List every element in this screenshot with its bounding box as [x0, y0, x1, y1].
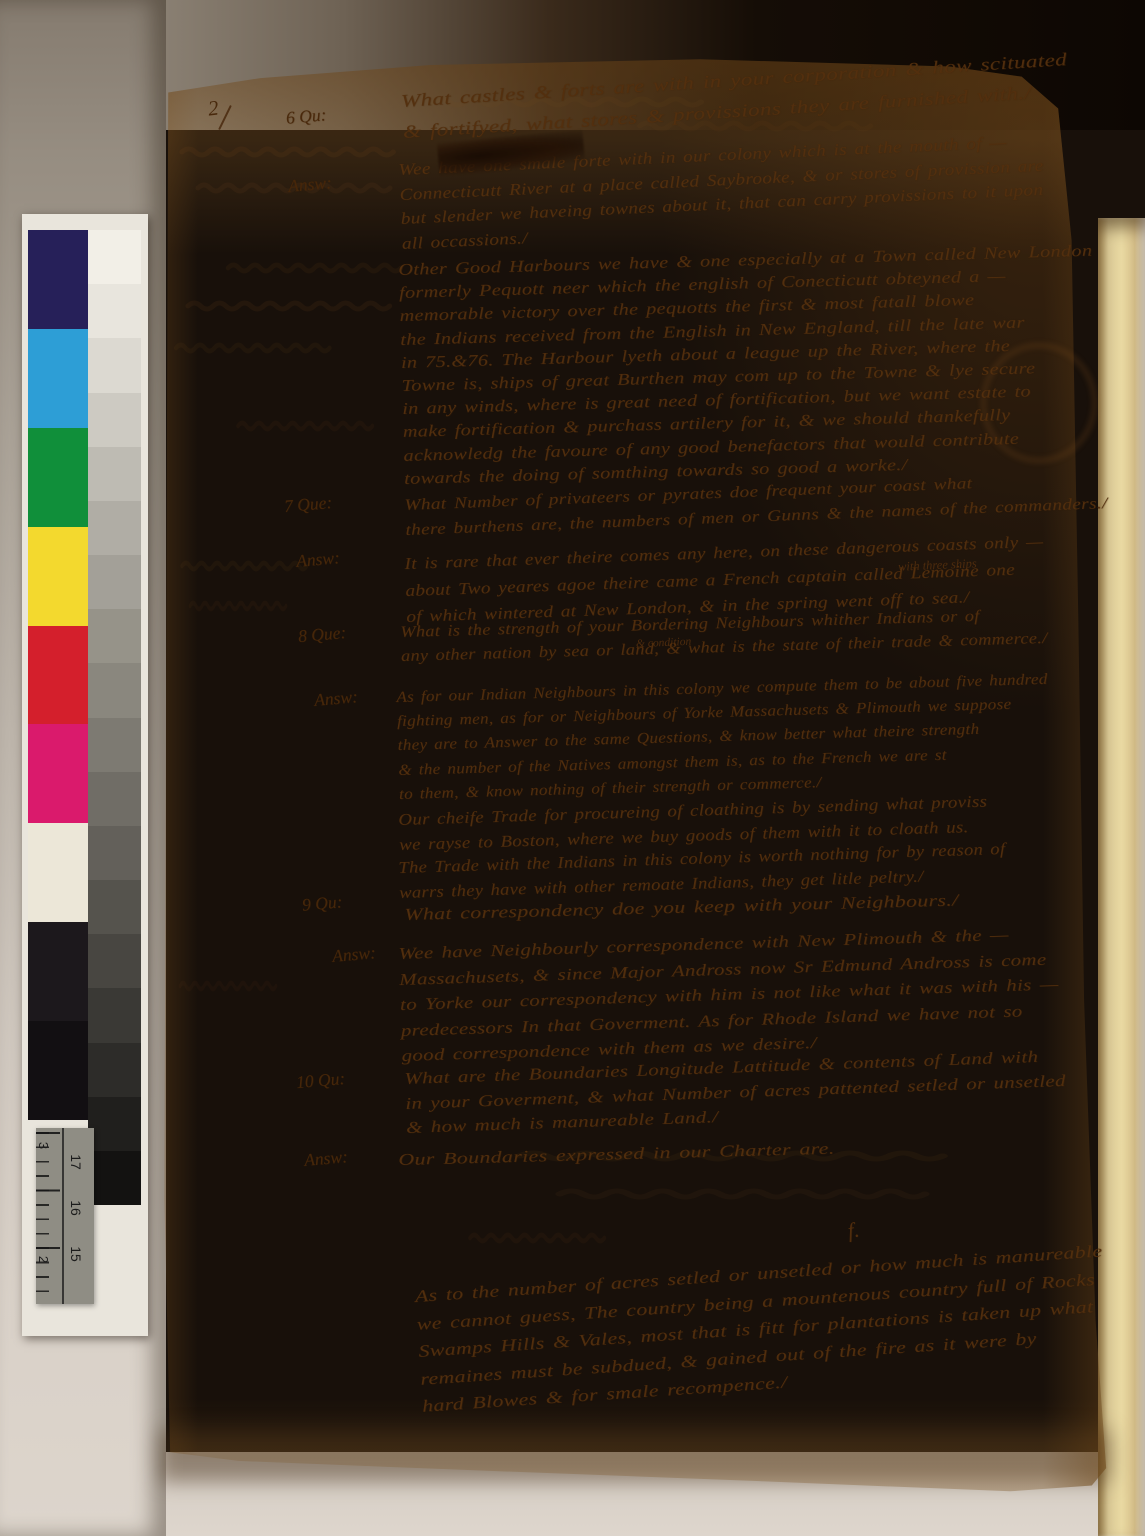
- manuscript-line: f.: [846, 1216, 861, 1243]
- paragraph-block: f.: [846, 1216, 861, 1243]
- question-label: 7 Que:: [283, 492, 333, 517]
- interline-insertion: & condition: [636, 636, 692, 650]
- answer-label: Answ:: [331, 942, 376, 967]
- paragraph-block: Other Good Harbours we have & one especi…: [398, 239, 1098, 490]
- answer-label: Answ:: [287, 172, 332, 197]
- qa-text-block: Our Boundaries expressed in our Charter …: [398, 1136, 835, 1172]
- manuscript-text: 6 Qu:What castles & forts are with in yo…: [0, 0, 1145, 1536]
- question-label: 10 Qu:: [295, 1068, 346, 1093]
- paragraph-block: As to the number of acres setled or unse…: [414, 1237, 1111, 1420]
- manuscript-photo: { "document": { "page_number": "2", "flo…: [0, 0, 1145, 1536]
- answer-label: Answ:: [313, 686, 358, 711]
- manuscript-line: Our Boundaries expressed in our Charter …: [398, 1136, 835, 1172]
- qa-text-block: Wee have Neighbourly correspondence with…: [398, 920, 1061, 1068]
- question-label: 6 Qu:: [285, 104, 327, 128]
- answer-label: Answ:: [295, 547, 340, 572]
- qa-text-block: As for our Indian Neighbours in this col…: [396, 668, 1051, 807]
- question-label: 9 Qu:: [301, 891, 343, 915]
- question-label: 8 Que:: [297, 622, 347, 647]
- answer-label: Answ:: [303, 1146, 348, 1171]
